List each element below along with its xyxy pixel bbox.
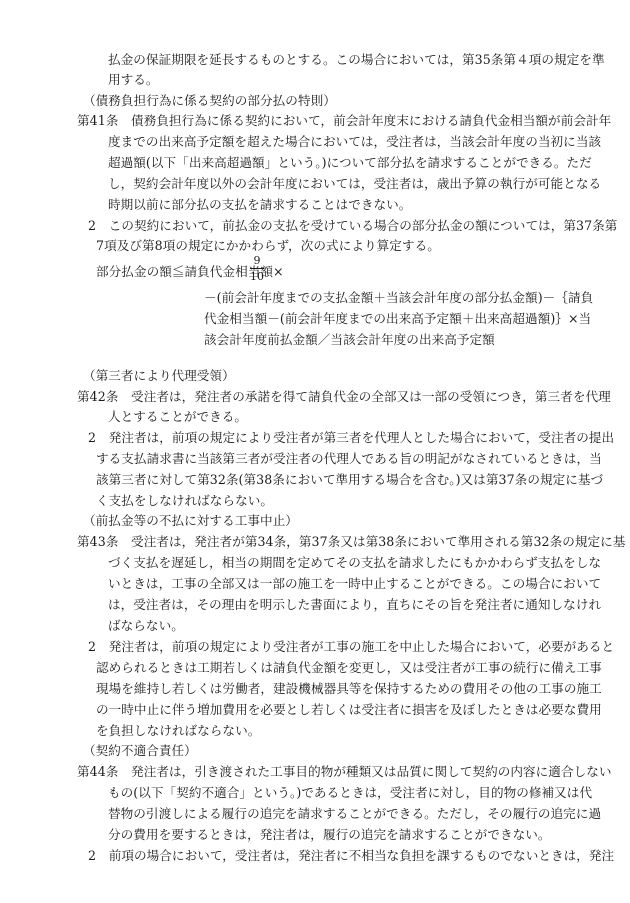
text-line: く支払をしなければならない。 [96,493,273,509]
text-line: 第42条 受注者は，発注者の承諾を得て請負代金の全部又は一部の受領につき，第三者… [77,389,611,405]
fraction-bar [250,268,264,269]
text-line: する支払請求書に当該第三者が受注者の代理人である旨の明記がなされているときは，当 [96,451,602,467]
text-line: 用する。 [108,72,159,88]
fraction-denominator: 10 [250,270,264,283]
text-line: し，契約会計年度以外の会計年度においては，受注者は，歳出予算の執行が可能となる [108,176,601,192]
text-line: 7項及び第8項の規定にかかわらず，次の式により算定する。 [96,238,440,254]
text-line: 払金の保証期限を延長するものとする。この場合においては，第35条第４項の規定を準 [108,52,605,68]
text-line: 時期以前に部分払の支払を請求することはできない。 [108,197,411,213]
text-line: 2 前項の場合において，受注者は，発注者に不相当な負担を課するものでないときは，… [88,848,614,864]
text-line: 第43条 受注者は，発注者が第34条，第37条又は第38条において準用される第3… [77,534,625,550]
text-line: 2 この契約において，前払金の支払を受けている場合の部分払金の額については，第3… [88,218,617,234]
fraction-numerator: 9 [250,254,264,267]
text-line: 該第三者に対して第32条(第38条において準用する場合を含む。)又は第37条の規… [96,472,603,488]
text-line: 代金相当額－(前会計年度までの出来高予定額＋出来高超過額)｝×当 [204,311,591,327]
text-line: 2 発注者は，前項の規定により受注者が工事の施工を中止した場合において，必要があ… [88,639,614,655]
text-line: ばならない。 [108,618,184,634]
text-line: 超過額(以下「出来高超過額」という。)について部分払を請求することができる。ただ [108,155,592,171]
text-line: は，受注者は，その理由を明示した書面により，直ちにその旨を発注者に通知しなけれ [108,597,601,613]
text-line: 第41条 債務負担行為に係る契約において，前会計年度末における請負代金相当額が前… [77,113,611,129]
text-line: 該会計年度前払金額／当該会計年度の出来高予定額 [204,332,495,348]
text-line: （第三者により代理受領） [83,368,235,384]
fraction-nine-tenths: 9 10 [250,254,264,283]
text-line: もの(以下「契約不適合」という。)であるときは，受注者に対し，目的物の修補又は代 [108,785,592,801]
text-line: （債務負担行為に係る契約の部分払の特則） [83,93,336,109]
text-line: の一時中止に伴う増加費用を必要とし若しくは受注者に損害を及ぼしたときは必要な費用 [96,702,602,718]
text-line: を負担しなければならない。 [96,723,260,739]
text-line: 分の費用を要するときは，発注者は，履行の追完を請求することができない。 [108,827,551,843]
text-line: （契約不適合責任） [83,743,197,759]
text-line: 度までの出来高予定額を超えた場合においては，受注者は，当該会計年度の当初に当該 [108,134,601,150]
text-line: 第44条 発注者は，引き渡された工事目的物が種類又は品質に関して契約の内容に適合… [77,764,612,780]
text-line: 認められるときは工期若しくは請負代金額を変更し，又は受注者が工事の続行に備え工事 [96,660,602,676]
text-line: 替物の引渡しによる履行の追完を請求することができる。ただし，その履行の追完に過 [108,806,601,822]
text-line: （前払金等の不払に対する工事中止） [83,513,298,529]
text-line: －(前会計年度までの支払金額＋当該会計年度の部分払金額)－｛請負 [204,290,593,306]
text-line: 現場を維持し若しくは労働者，建設機械器具等を保持するための費用その他の工事の施工 [96,681,602,697]
text-line: いときは，工事の全部又は一部の施工を一時中止することができる。この場合において [108,576,601,592]
text-line: 2 発注者は，前項の規定により受注者が第三者を代理人とした場合において，受注者の… [88,430,614,446]
text-line: 人とすることができる。 [108,409,247,425]
text-line: づく支払を遅延し，相当の期間を定めてその支払を請求したにもかかわらず支払をしな [108,555,601,571]
